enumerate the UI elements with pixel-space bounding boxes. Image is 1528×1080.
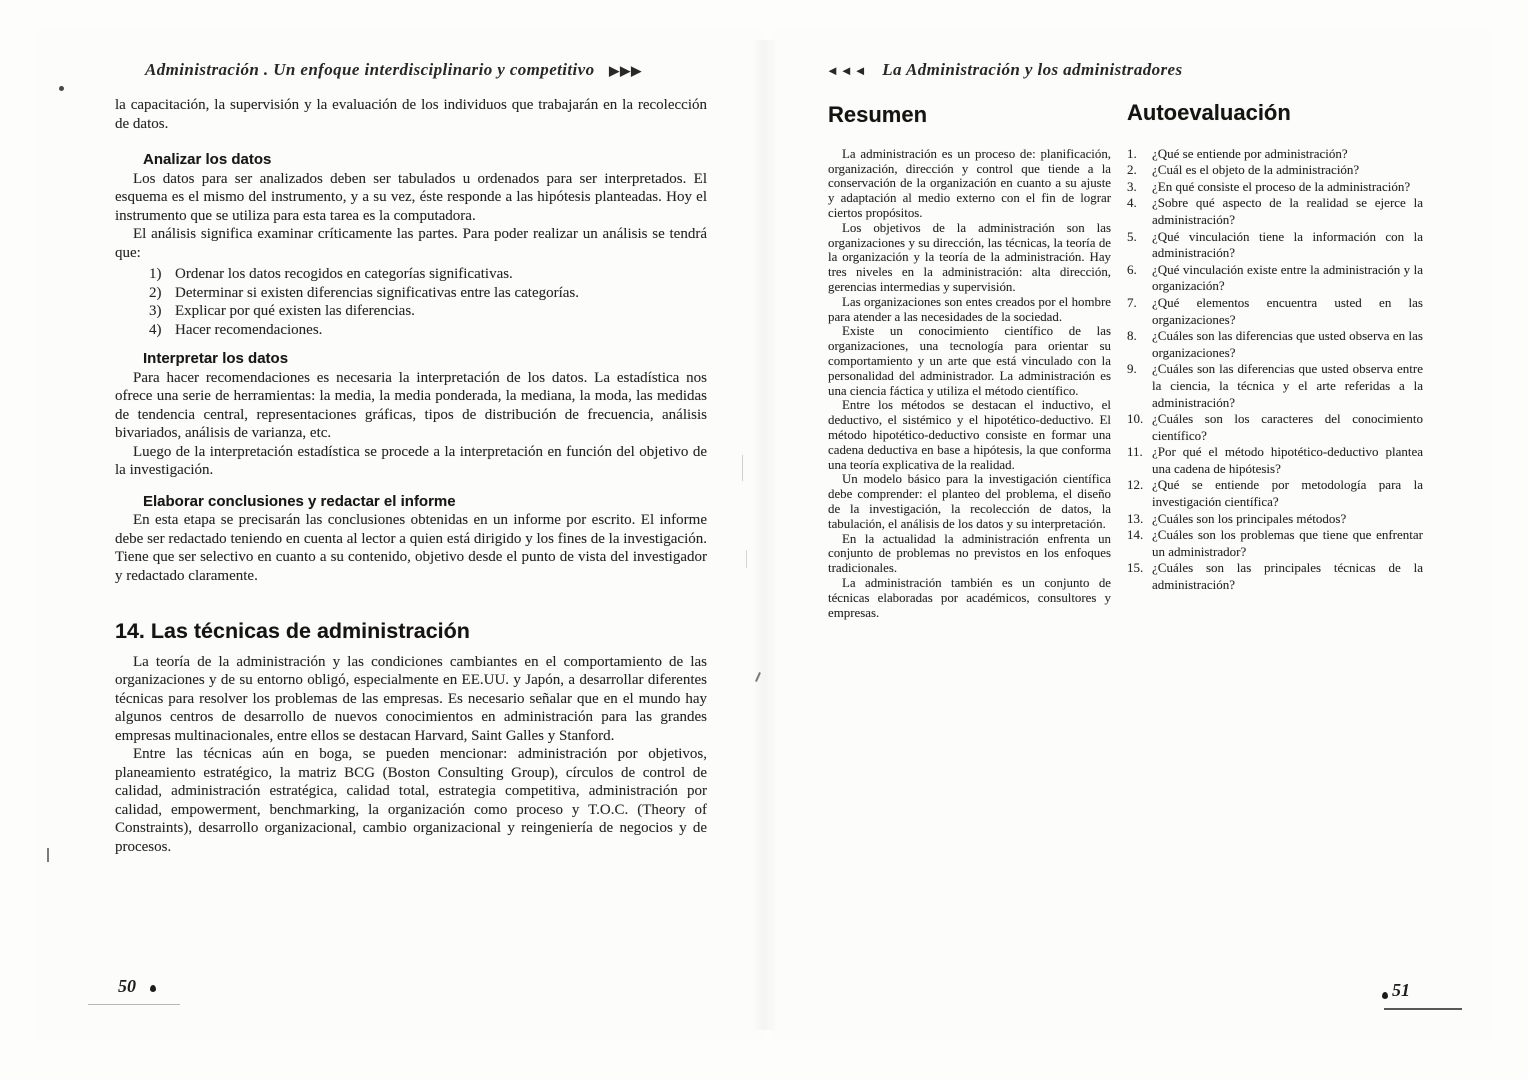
question-text: ¿Qué vinculación tiene la información co… bbox=[1152, 229, 1423, 262]
left-page-number: 50 bbox=[118, 976, 136, 997]
scanned-book-spread: Administración . Un enfoque interdiscipl… bbox=[0, 0, 1528, 1080]
question-text: ¿Qué se entiende por metodología para la… bbox=[1152, 477, 1423, 510]
resumen-paragraph: En la actualidad la administración enfre… bbox=[828, 532, 1111, 576]
resumen-paragraph: Los objetivos de la administración son l… bbox=[828, 221, 1111, 295]
question-item: 12. ¿Qué se entiende por metodología par… bbox=[1127, 477, 1423, 510]
question-item: 11. ¿Por qué el método hipotético-deduct… bbox=[1127, 444, 1423, 477]
question-number: 13. bbox=[1127, 511, 1152, 528]
list-item-text: Hacer recomendaciones. bbox=[175, 321, 707, 340]
list-item: 3) Explicar por qué existen las diferenc… bbox=[149, 302, 707, 321]
question-item: 10. ¿Cuáles son los caracteres del conoc… bbox=[1127, 411, 1423, 444]
question-item: 5. ¿Qué vinculación tiene la información… bbox=[1127, 229, 1423, 262]
left-footer-dot bbox=[150, 985, 156, 992]
section-heading-interpretar: Interpretar los datos bbox=[115, 350, 707, 369]
question-number: 11. bbox=[1127, 444, 1152, 477]
question-text: ¿Cuáles son los caracteres del conocimie… bbox=[1152, 411, 1423, 444]
list-item-number: 2) bbox=[149, 284, 175, 303]
resumen-paragraph: La administración también es un conjunto… bbox=[828, 576, 1111, 620]
question-text: ¿Qué elementos encuentra usted en las or… bbox=[1152, 295, 1423, 328]
resumen-paragraph: Un modelo básico para la investigación c… bbox=[828, 472, 1111, 531]
tecnicas-paragraph-2: Entre las técnicas aún en boga, se puede… bbox=[115, 745, 707, 856]
question-item: 15. ¿Cuáles son las principales técnicas… bbox=[1127, 560, 1423, 593]
list-item-text: Ordenar los datos recogidos en categoría… bbox=[175, 265, 707, 284]
autoevaluacion-column: Autoevaluación 1. ¿Qué se entiende por a… bbox=[1127, 105, 1423, 594]
list-item-text: Explicar por qué existen las diferencias… bbox=[175, 302, 707, 321]
left-running-header-title: Administración . Un enfoque interdiscipl… bbox=[145, 60, 595, 79]
analizar-numbered-list: 1) Ordenar los datos recogidos en catego… bbox=[115, 265, 707, 339]
question-text: ¿Cuáles son los principales métodos? bbox=[1152, 511, 1423, 528]
scan-mark bbox=[47, 848, 49, 862]
question-item: 3. ¿En qué consiste el proceso de la adm… bbox=[1127, 179, 1423, 196]
resumen-paragraph: Las organizaciones son entes creados por… bbox=[828, 295, 1111, 325]
intro-paragraph: la capacitación, la supervisión y la eva… bbox=[115, 96, 707, 133]
analizar-paragraph-2: El análisis significa examinar críticame… bbox=[115, 225, 707, 262]
question-text: ¿Cuál es el objeto de la administración? bbox=[1152, 162, 1423, 179]
resumen-column: Resumen La administración es un proceso … bbox=[828, 108, 1111, 620]
question-text: ¿En qué consiste el proceso de la admini… bbox=[1152, 179, 1423, 196]
question-number: 12. bbox=[1127, 477, 1152, 510]
scan-speck bbox=[59, 86, 64, 91]
list-item-number: 1) bbox=[149, 265, 175, 284]
question-number: 5. bbox=[1127, 229, 1152, 262]
interpretar-paragraph-1: Para hacer recomendaciones es necesaria … bbox=[115, 369, 707, 443]
question-number: 3. bbox=[1127, 179, 1152, 196]
right-footer-rule bbox=[1384, 1008, 1462, 1010]
question-item: 9. ¿Cuáles son las diferencias que usted… bbox=[1127, 361, 1423, 411]
question-number: 9. bbox=[1127, 361, 1152, 411]
question-text: ¿Cuáles son las diferencias que usted ob… bbox=[1152, 361, 1423, 411]
list-item: 1) Ordenar los datos recogidos en catego… bbox=[149, 265, 707, 284]
back-arrows-icon: ◄◄◄ bbox=[826, 63, 868, 78]
question-number: 4. bbox=[1127, 195, 1152, 228]
resumen-paragraph: La administración es un proceso de: plan… bbox=[828, 147, 1111, 221]
question-number: 2. bbox=[1127, 162, 1152, 179]
question-text: ¿Qué vinculación existe entre la adminis… bbox=[1152, 262, 1423, 295]
question-text: ¿Cuáles son los problemas que tiene que … bbox=[1152, 527, 1423, 560]
list-item-number: 4) bbox=[149, 321, 175, 340]
right-running-header: ◄◄◄ La Administración y los administrado… bbox=[826, 60, 1183, 80]
question-number: 10. bbox=[1127, 411, 1152, 444]
question-text: ¿Cuáles son las diferencias que usted ob… bbox=[1152, 328, 1423, 361]
question-text: ¿Sobre qué aspecto de la realidad se eje… bbox=[1152, 195, 1423, 228]
interpretar-paragraph-2: Luego de la interpretación estadística s… bbox=[115, 443, 707, 480]
question-number: 14. bbox=[1127, 527, 1152, 560]
list-item: 4) Hacer recomendaciones. bbox=[149, 321, 707, 340]
question-number: 8. bbox=[1127, 328, 1152, 361]
question-item: 7. ¿Qué elementos encuentra usted en las… bbox=[1127, 295, 1423, 328]
question-number: 7. bbox=[1127, 295, 1152, 328]
question-text: ¿Qué se entiende por administración? bbox=[1152, 146, 1423, 163]
list-item-number: 3) bbox=[149, 302, 175, 321]
resumen-paragraph: Entre los métodos se destacan el inducti… bbox=[828, 398, 1111, 472]
elaborar-paragraph-1: En esta etapa se precisarán las conclusi… bbox=[115, 511, 707, 585]
question-text: ¿Por qué el método hipotético-deductivo … bbox=[1152, 444, 1423, 477]
question-number: 15. bbox=[1127, 560, 1152, 593]
right-running-header-title: La Administración y los administradores bbox=[882, 60, 1182, 79]
right-page-number: 51 bbox=[1392, 980, 1410, 1001]
autoevaluacion-heading: Autoevaluación bbox=[1127, 105, 1423, 122]
question-number: 6. bbox=[1127, 262, 1152, 295]
question-item: 4. ¿Sobre qué aspecto de la realidad se … bbox=[1127, 195, 1423, 228]
question-item: 6. ¿Qué vinculación existe entre la admi… bbox=[1127, 262, 1423, 295]
left-running-header: Administración . Un enfoque interdiscipl… bbox=[145, 60, 642, 80]
resumen-paragraph: Existe un conocimiento científico de las… bbox=[828, 324, 1111, 398]
left-footer-rule bbox=[88, 1004, 180, 1005]
forward-arrows-icon: ▶▶▶ bbox=[609, 63, 642, 78]
left-page-body: la capacitación, la supervisión y la eva… bbox=[115, 96, 707, 856]
scan-mark bbox=[742, 455, 743, 481]
question-text: ¿Cuáles son las principales técnicas de … bbox=[1152, 560, 1423, 593]
scan-mark bbox=[746, 550, 747, 568]
resumen-heading: Resumen bbox=[828, 108, 1111, 123]
question-item: 2. ¿Cuál es el objeto de la administraci… bbox=[1127, 162, 1423, 179]
question-number: 1. bbox=[1127, 146, 1152, 163]
analizar-paragraph-1: Los datos para ser analizados deben ser … bbox=[115, 170, 707, 226]
question-item: 8. ¿Cuáles son las diferencias que usted… bbox=[1127, 328, 1423, 361]
section-heading-elaborar: Elaborar conclusiones y redactar el info… bbox=[115, 493, 707, 512]
list-item-text: Determinar si existen diferencias signif… bbox=[175, 284, 707, 303]
question-item: 14. ¿Cuáles son los problemas que tiene … bbox=[1127, 527, 1423, 560]
page-gutter bbox=[752, 40, 778, 1030]
tecnicas-paragraph-1: La teoría de la administración y las con… bbox=[115, 653, 707, 746]
question-item: 1. ¿Qué se entiende por administración? bbox=[1127, 146, 1423, 163]
resumen-paragraphs: La administración es un proceso de: plan… bbox=[828, 147, 1111, 621]
list-item: 2) Determinar si existen diferencias sig… bbox=[149, 284, 707, 303]
section-heading-analizar: Analizar los datos bbox=[115, 151, 707, 170]
question-item: 13. ¿Cuáles son los principales métodos? bbox=[1127, 511, 1423, 528]
autoevaluacion-question-list: 1. ¿Qué se entiende por administración? … bbox=[1127, 146, 1423, 594]
right-footer-dot bbox=[1382, 992, 1388, 999]
chapter-heading-tecnicas: 14. Las técnicas de administración bbox=[115, 622, 707, 641]
